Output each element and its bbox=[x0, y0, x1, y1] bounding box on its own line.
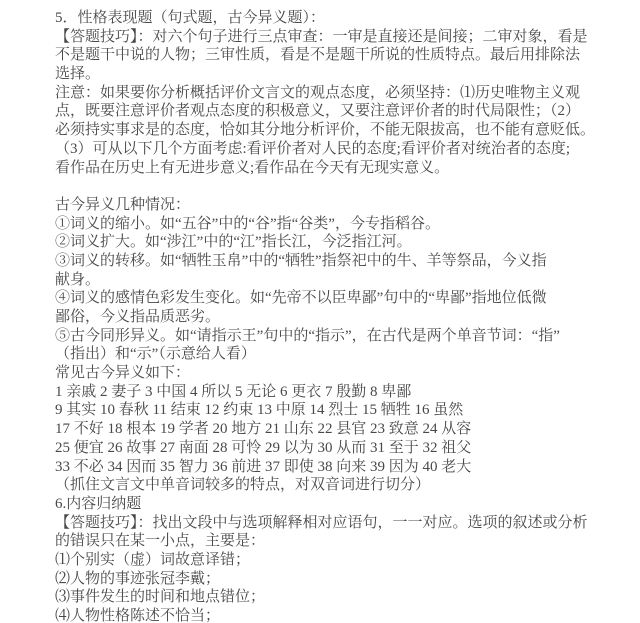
q6-error-type-line: ⑶事件发生的时间和地点错位； bbox=[55, 588, 632, 607]
gujin-case-line: 鄙俗，今义指品质恶劣。 bbox=[55, 308, 632, 327]
q5-note-line: 注意：如果要你分析概括评价文言文的观点态度，必须坚持：⑴历史唯物主义观 bbox=[55, 84, 632, 103]
gujin-word-list-line: 9 其实 10 春秋 11 结束 12 约束 13 中原 14 烈士 15 牺牲… bbox=[55, 401, 632, 420]
q6-answer-technique-line: 【答题技巧】：找出文段中与选项解释相对应语句，一一对应。选项的叙述或分析 bbox=[55, 514, 632, 533]
gujin-word-list-line: 33 不必 34 因而 35 智力 36 前进 37 即使 38 向来 39 因… bbox=[55, 458, 632, 477]
document-page: 5．性格表现题（句式题，古今异义题）： 【答题技巧】：对六个句子进行三点审查：一… bbox=[0, 0, 640, 623]
gujin-case-line: ①词义的缩小。如“五谷”中的“谷”指“谷类”，今专指稻谷。 bbox=[55, 215, 632, 234]
section-q5-character-expression: 5．性格表现题（句式题，古今异义题）： 【答题技巧】：对六个句子进行三点审查：一… bbox=[55, 9, 632, 177]
q5-note-line: （3）可从以下几个方面考虑:看评价者对人民的态度;看评价者对统治者的态度; bbox=[55, 140, 632, 159]
heading-common-gujin-list: 常见古今异义如下： bbox=[55, 364, 632, 383]
gujin-case-line: ②词义扩大。如“涉江”中的“江”指长江，今泛指江河。 bbox=[55, 233, 632, 252]
q5-answer-technique-line: 不是题干中说的人物；三审性质，看是不是题干所说的性质特点。最后用排除法 bbox=[55, 46, 632, 65]
gujin-case-line: （指出）和“示”（示意给人看） bbox=[55, 345, 632, 364]
gujin-case-line: 献身。 bbox=[55, 271, 632, 290]
heading-q6: 6.内容归纳题 bbox=[55, 495, 632, 514]
q6-error-type-line: ⑵人物的事迹张冠李戴； bbox=[55, 570, 632, 589]
q6-error-type-line: ⑷人物性格陈述不恰当； bbox=[55, 607, 632, 623]
section-q6-content-summary: 6.内容归纳题 【答题技巧】：找出文段中与选项解释相对应语句，一一对应。选项的叙… bbox=[55, 495, 632, 623]
gujin-case-line: ④词义的感情色彩发生变化。如“先帝不以臣卑鄙”句中的“卑鄙”指地位低微 bbox=[55, 289, 632, 308]
gujin-case-line: ③词义的转移。如“牺牲玉帛”中的“牺牲”指祭祀中的牛、羊等祭品，今义指 bbox=[55, 252, 632, 271]
gujin-case-line: ⑤古今同形异义。如“请指示王”句中的“指示”，在古代是两个单音节词：“指” bbox=[55, 327, 632, 346]
gujin-word-list-line: 17 不好 18 根本 19 学者 20 地方 21 山东 22 县官 23 致… bbox=[55, 420, 632, 439]
q5-answer-technique-line: 选择。 bbox=[55, 65, 632, 84]
q6-error-type-line: ⑴个别实（虚）词故意译错； bbox=[55, 551, 632, 570]
gujin-word-list-line: 25 便宜 26 故事 27 南面 28 可怜 29 以为 30 从而 31 至… bbox=[55, 439, 632, 458]
gujin-word-list-line: 1 亲戚 2 妻子 3 中国 4 所以 5 无论 6 更衣 7 殷勤 8 卑鄙 bbox=[55, 383, 632, 402]
q5-note-line: 看作品在历史上有无进步意义;看作品在今天有无现实意义。 bbox=[55, 159, 632, 178]
heading-gujin-cases: 古今异义几种情况： bbox=[55, 196, 632, 215]
gujin-tip-line: （抓住文言文中单音词较多的特点，对双音词进行切分） bbox=[55, 476, 632, 495]
q5-answer-technique-line: 【答题技巧】：对六个句子进行三点审查：一审是直接还是间接；二审对象，看是 bbox=[55, 28, 632, 47]
q5-note-line: 必须持实事求是的态度，恰如其分地分析评价，不能无限拔高，也不能有意贬低。 bbox=[55, 121, 632, 140]
q6-answer-technique-line: 的错误只在某一小点，主要是： bbox=[55, 532, 632, 551]
q5-note-line: 点，既要注意评价者观点态度的积极意义，又要注意评价者的时代局限性；（2） bbox=[55, 102, 632, 121]
heading-q5: 5．性格表现题（句式题，古今异义题）： bbox=[55, 9, 632, 28]
section-gujin-yiyi: 古今异义几种情况： ①词义的缩小。如“五谷”中的“谷”指“谷类”，今专指稻谷。 … bbox=[55, 196, 632, 495]
